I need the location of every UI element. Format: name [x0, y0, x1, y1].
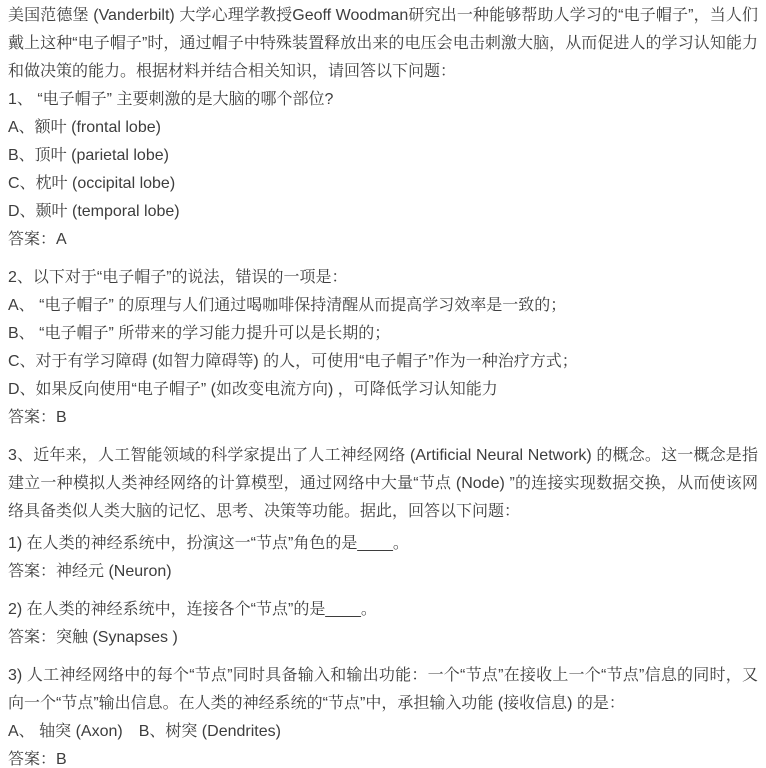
question-2-option-a: A、 “电子帽子” 的原理与人们通过喝咖啡保持清醒从而提高学习效率是一致的； [8, 292, 758, 320]
question-1: 1、 “电子帽子” 主要刺激的是大脑的哪个部位? A、额叶 (frontal l… [8, 86, 758, 254]
question-1-option-a: A、额叶 (frontal lobe) [8, 114, 758, 142]
question-3-sub2: 2) 在人类的神经系统中，连接各个“节点”的是____。 答案：突触 (Syna… [8, 596, 758, 652]
question-3-sub3-options: A、 轴突 (Axon) B、树突 (Dendrites) [8, 718, 758, 746]
exam-document: 美国范德堡 (Vanderbilt) 大学心理学教授Geoff Woodman研… [8, 2, 758, 768]
question-2-option-b: B、 “电子帽子” 所带来的学习能力提升可以是长期的； [8, 320, 758, 348]
question-2-option-d: D、如果反向使用“电子帽子” (如改变电流方向) ，可降低学习认知能力 [8, 376, 758, 404]
question-1-option-d: D、颞叶 (temporal lobe) [8, 198, 758, 226]
question-3-stem: 3、近年来，人工智能领域的科学家提出了人工神经网络 (Artificial Ne… [8, 442, 758, 526]
question-3-sub3-answer: 答案：B [8, 746, 758, 768]
question-1-option-c: C、枕叶 (occipital lobe) [8, 170, 758, 198]
intro-paragraph: 美国范德堡 (Vanderbilt) 大学心理学教授Geoff Woodman研… [8, 2, 758, 86]
question-3-sub1: 1) 在人类的神经系统中，扮演这一“节点”角色的是____。 答案：神经元 (N… [8, 530, 758, 586]
question-2: 2、以下对于“电子帽子”的说法，错误的一项是： A、 “电子帽子” 的原理与人们… [8, 264, 758, 432]
question-2-option-c: C、对于有学习障碍 (如智力障碍等) 的人，可使用“电子帽子”作为一种治疗方式； [8, 348, 758, 376]
question-3-sub1-stem: 1) 在人类的神经系统中，扮演这一“节点”角色的是____。 [8, 530, 758, 558]
question-3: 3、近年来，人工智能领域的科学家提出了人工神经网络 (Artificial Ne… [8, 442, 758, 768]
question-2-answer: 答案：B [8, 404, 758, 432]
question-3-sub3: 3) 人工神经网络中的每个“节点”同时具备输入和输出功能：一个“节点”在接收上一… [8, 662, 758, 768]
question-1-answer: 答案：A [8, 226, 758, 254]
question-3-sub2-answer: 答案：突触 (Synapses ) [8, 624, 758, 652]
question-3-sub2-stem: 2) 在人类的神经系统中，连接各个“节点”的是____。 [8, 596, 758, 624]
question-3-sub1-answer: 答案：神经元 (Neuron) [8, 558, 758, 586]
question-1-option-b: B、顶叶 (parietal lobe) [8, 142, 758, 170]
question-3-sub3-stem: 3) 人工神经网络中的每个“节点”同时具备输入和输出功能：一个“节点”在接收上一… [8, 662, 758, 718]
question-2-stem: 2、以下对于“电子帽子”的说法，错误的一项是： [8, 264, 758, 292]
question-1-stem: 1、 “电子帽子” 主要刺激的是大脑的哪个部位? [8, 86, 758, 114]
